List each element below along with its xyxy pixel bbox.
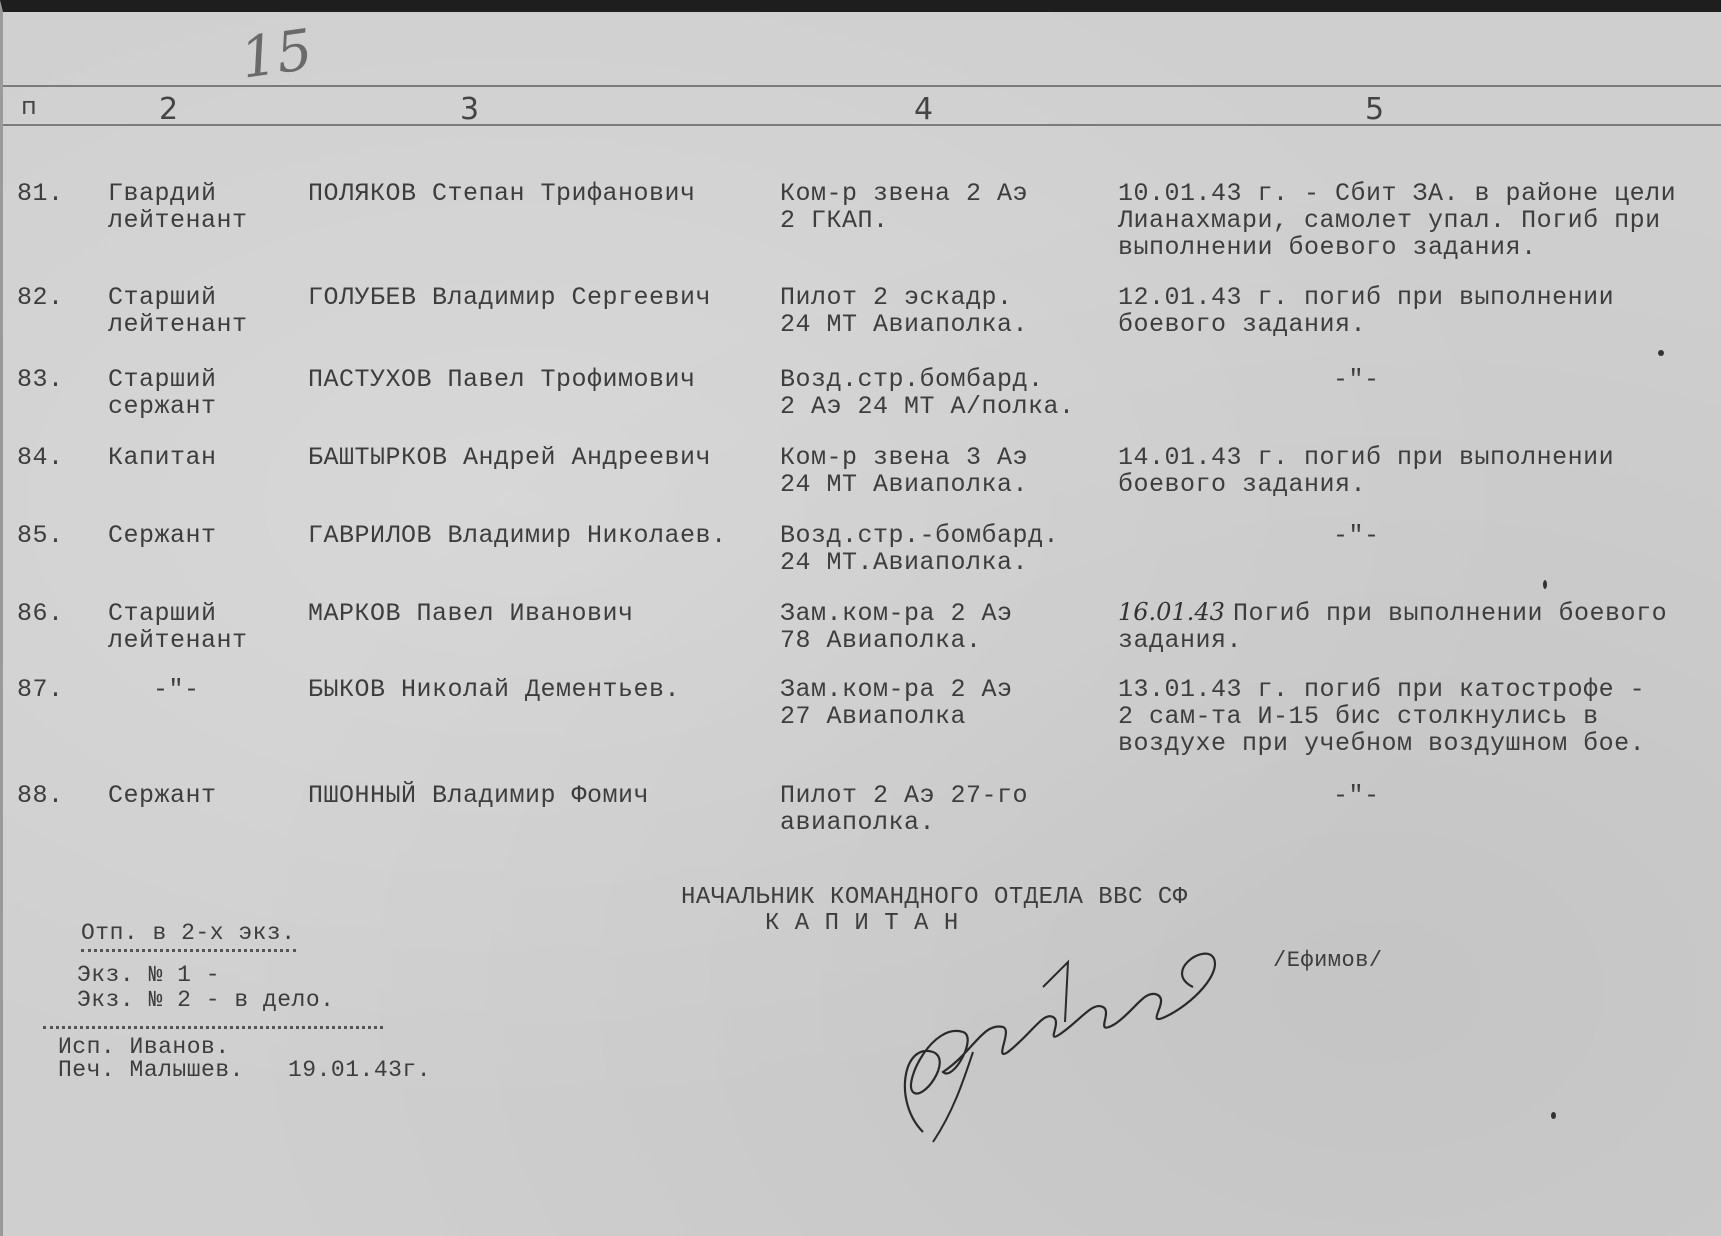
- row-position: Возд.стр.бомбард. 2 Аэ 24 МТ А/полка.: [780, 366, 1075, 420]
- ink-speck: [1658, 350, 1664, 356]
- row-position: Зам.ком-ра 2 Аэ 27 Авиаполка: [780, 676, 1013, 730]
- row-fate: 14.01.43 г. погиб при выполнении боевого…: [1118, 444, 1614, 498]
- row-number: 82.: [17, 284, 64, 311]
- row-position: Зам.ком-ра 2 Аэ 78 Авиаполка.: [780, 600, 1013, 654]
- footer-divider: [43, 1026, 383, 1029]
- row-fate: -"-: [1333, 522, 1380, 549]
- ink-speck: [1551, 1112, 1556, 1119]
- row-rank: Капитан: [108, 444, 217, 471]
- row-position: Ком-р звена 3 Аэ 24 МТ Авиаполка.: [780, 444, 1028, 498]
- signatory-title: НАЧАЛЬНИК КОМАНДНОГО ОТДЕЛА ВВС СФ: [681, 884, 1188, 911]
- row-name: ПОЛЯКОВ Степан Трифанович: [308, 180, 696, 207]
- row-rank: Сержант: [108, 522, 217, 549]
- row-rank: -"-: [153, 676, 200, 703]
- row-rank: Гвардий лейтенант: [108, 180, 248, 234]
- row-number: 85.: [17, 522, 64, 549]
- copy-2-note: Экз. № 2 - в дело.: [77, 987, 334, 1014]
- row-name: БЫКОВ Николай Дементьев.: [308, 676, 680, 703]
- row-number: 84.: [17, 444, 64, 471]
- column-number-3: 3: [460, 92, 479, 127]
- row-name: МАРКОВ Павел Иванович: [308, 600, 634, 627]
- row-position: Возд.стр.-бомбард. 24 МТ.Авиаполка.: [780, 522, 1059, 576]
- row-position: Пилот 2 эскадр. 24 МТ Авиаполка.: [780, 284, 1028, 338]
- header-rule-bottom: [3, 124, 1721, 126]
- row-position: Ком-р звена 2 Аэ 2 ГКАП.: [780, 180, 1028, 234]
- row-number: 87.: [17, 676, 64, 703]
- copy-1-note: Экз. № 1 -: [77, 962, 220, 989]
- row-fate: 12.01.43 г. погиб при выполнении боевого…: [1118, 284, 1614, 338]
- row-number: 88.: [17, 782, 64, 809]
- row-number: 83.: [17, 366, 64, 393]
- row-name: ГАВРИЛОВ Владимир Николаев.: [308, 522, 727, 549]
- row-name: БАШТЫРКОВ Андрей Андреевич: [308, 444, 711, 471]
- column-number-1: п: [21, 92, 37, 120]
- row-fate: 13.01.43 г. погиб при катострофе - 2 сам…: [1118, 676, 1645, 757]
- handwritten-signature: [893, 932, 1233, 1162]
- row-rank: Старший сержант: [108, 366, 217, 420]
- row-fate: -"-: [1333, 366, 1380, 393]
- row-position: Пилот 2 Аэ 27-го авиаполка.: [780, 782, 1028, 836]
- row-name: ПШОННЫЙ Владимир Фомич: [308, 782, 649, 809]
- row-fate: -"-: [1333, 782, 1380, 809]
- document-date: 19.01.43г.: [288, 1057, 431, 1084]
- row-number: 86.: [17, 600, 64, 627]
- ink-speck: [1543, 580, 1547, 589]
- column-number-4: 4: [914, 92, 933, 127]
- row-name: ГОЛУБЕВ Владимир Сергеевич: [308, 284, 711, 311]
- row-rank: Старший лейтенант: [108, 600, 248, 654]
- column-number-2: 2: [159, 92, 178, 127]
- signatory-name: /Ефимов/: [1273, 947, 1383, 974]
- header-rule-top: [3, 85, 1721, 87]
- column-number-5: 5: [1365, 92, 1384, 127]
- row-rank: Старший лейтенант: [108, 284, 248, 338]
- row-number: 81.: [17, 180, 64, 207]
- typist-note: Печ. Малышев.: [58, 1057, 244, 1084]
- row-fate: Погиб при выполнении боевогозадания.: [1118, 600, 1667, 654]
- row-fate: 10.01.43 г. - Сбит ЗА. в районе цели Лиа…: [1118, 180, 1676, 261]
- sheet-number: 15: [237, 17, 317, 91]
- row-name: ПАСТУХОВ Павел Трофимович: [308, 366, 696, 393]
- archival-document-page: 15 п 2 3 4 5 81.Гвардий лейтенантПОЛЯКОВ…: [0, 0, 1721, 1236]
- row-rank: Сержант: [108, 782, 217, 809]
- copies-heading: Отп. в 2-х экз.: [81, 920, 296, 952]
